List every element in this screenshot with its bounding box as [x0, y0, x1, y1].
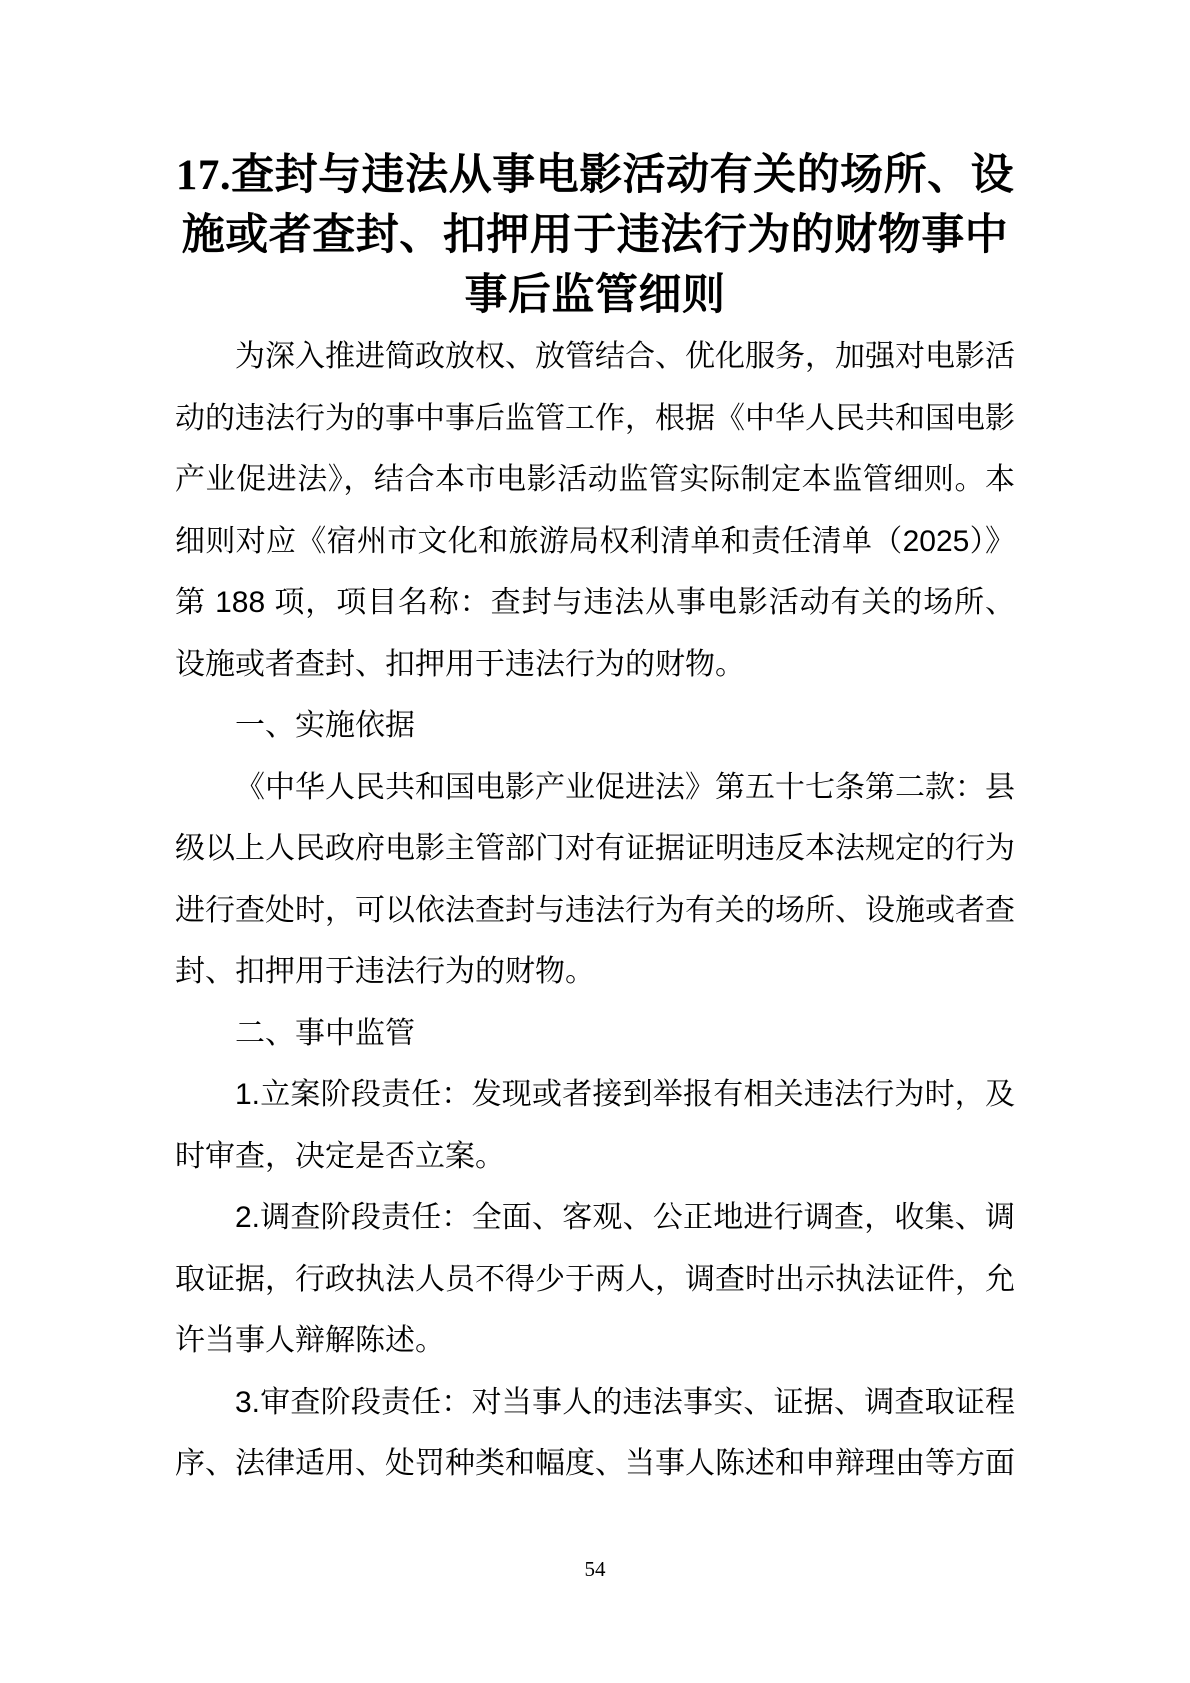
body-paragraph: 1.立案阶段责任：发现或者接到举报有相关违法行为时，及时审查，决定是否立案。 [175, 1064, 1015, 1187]
paragraph-list: 为深入推进简政放权、放管结合、优化服务，加强对电影活动的违法行为的事中事后监管工… [175, 326, 1015, 1495]
body-paragraph: 《中华人民共和国电影产业促进法》第五十七条第二款：县级以上人民政府电影主管部门对… [175, 757, 1015, 1003]
body-paragraph: 2.调查阶段责任：全面、客观、公正地进行调查，收集、调取证据，行政执法人员不得少… [175, 1187, 1015, 1372]
body-paragraph: 3.审查阶段责任：对当事人的违法事实、证据、调查取证程序、法律适用、处罚种类和幅… [175, 1372, 1015, 1495]
section-heading: 一、实施依据 [175, 695, 1015, 757]
page-number: 54 [0, 1556, 1190, 1582]
document-content: 17.查封与违法从事电影活动有关的场所、设施或者查封、扣押用于违法行为的财物事中… [175, 146, 1015, 1495]
body-paragraph: 为深入推进简政放权、放管结合、优化服务，加强对电影活动的违法行为的事中事后监管工… [175, 326, 1015, 695]
document-title: 17.查封与违法从事电影活动有关的场所、设施或者查封、扣押用于违法行为的财物事中… [175, 146, 1015, 326]
section-heading: 二、事中监管 [175, 1003, 1015, 1065]
document-page: 17.查封与违法从事电影活动有关的场所、设施或者查封、扣押用于违法行为的财物事中… [0, 0, 1190, 1683]
